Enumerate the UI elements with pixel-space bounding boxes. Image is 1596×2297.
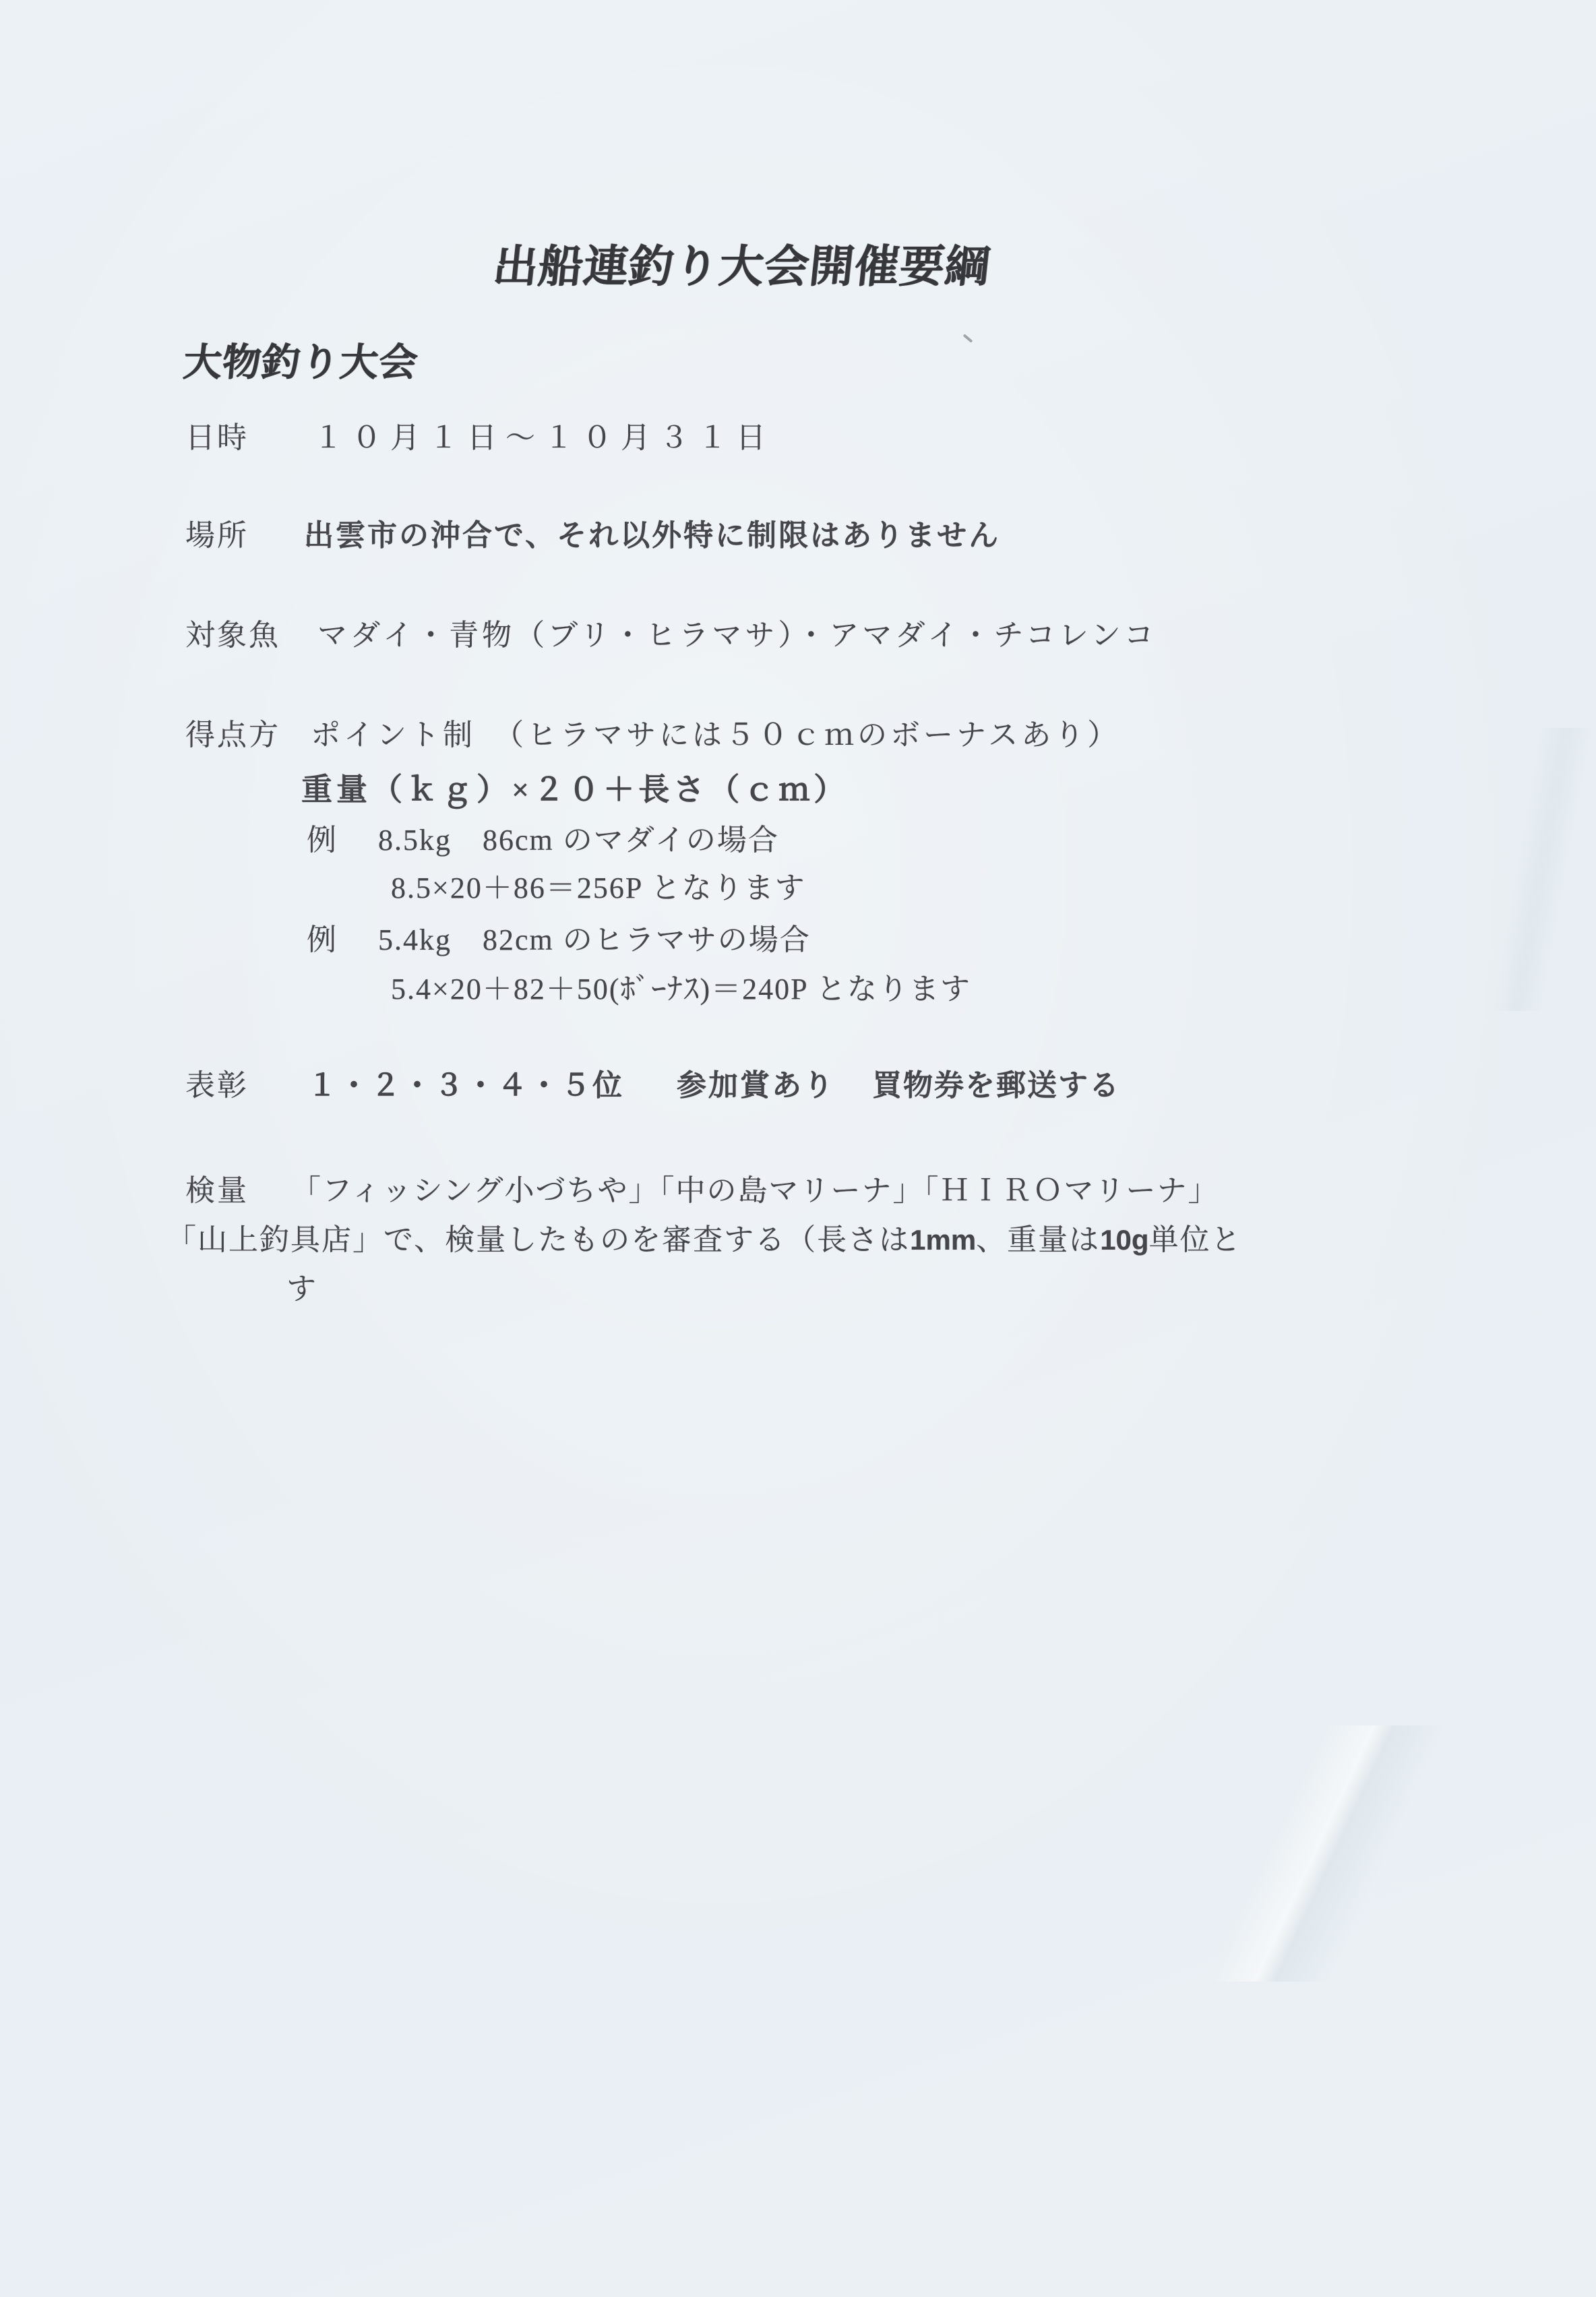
example-2-case: 5.4kg 82cm のヒラマサの場合 [378,923,811,956]
datetime-label: 日時 [185,421,249,454]
awards-prize: 買物券を郵送する [872,1069,1120,1102]
weighing-label: 検量 [185,1174,249,1207]
document-title: 出船連釣り大会開催要綱 [491,241,993,293]
location-label: 場所 [185,519,249,552]
example-1-label: 例 [307,824,338,857]
scanned-document: 出船連釣り大会開催要綱 大物釣り大会 日時１０月１日～１０月３１日 場所出雲市の… [0,0,1596,2297]
row-location: 場所出雲市の沖合で、それ以外特に制限はありません [185,519,1000,553]
scan-speck [963,334,973,342]
weighing-rule-post: 単位と [1149,1223,1242,1256]
location-value: 出雲市の沖合で、それ以外特に制限はありません [304,519,1000,552]
example-1-case: 8.5kg 86cm のマダイの場合 [378,824,779,857]
scoring-example-2: 例5.4kg 82cm のヒラマサの場合 [307,923,811,958]
example-2-label: 例 [307,923,338,956]
weighing-unit-length: 1mm [910,1224,976,1256]
target-fish-label: 対象魚 [185,619,280,652]
paper-crease [1045,1725,1596,1982]
paper-crease [1469,728,1596,1011]
event-title: 大物釣り大会 [181,341,420,386]
target-fish-value: マダイ・青物（ブリ・ヒラマサ）・アマダイ・チコレンコ [317,619,1157,652]
row-scoring: 得点方ポイント制 （ヒラマサには５０ｃｍのボーナスあり） [185,718,1120,753]
scoring-example-1: 例8.5kg 86cm のマダイの場合 [307,824,779,858]
scoring-example-1-calc: 8.5×20＋86＝256P となります [391,871,806,906]
awards-ranks: １・２・３・４・５位 [307,1069,624,1102]
weighing-stations: 「フィッシング小づちや」「中の島マリーナ」「ＨＩＲＯマリーナ」 [291,1174,1219,1207]
row-weighing-rules: 「山上釣具店」で、検量したものを審査する（長さは1mm、重量は10g単位と [166,1223,1242,1258]
awards-label: 表彰 [185,1069,249,1102]
scoring-label: 得点方 [185,718,280,752]
awards-participation: 参加賞あり [677,1069,835,1102]
row-target-fish: 対象魚マダイ・青物（ブリ・ヒラマサ）・アマダイ・チコレンコ [185,619,1157,653]
weighing-rule-mid: 、重量は [976,1223,1100,1256]
weighing-unit-weight: 10g [1100,1224,1148,1256]
row-datetime: 日時１０月１日～１０月３１日 [185,421,774,456]
row-awards: 表彰１・２・３・４・５位参加賞あり買物券を郵送する [185,1069,1120,1103]
weighing-rule-pre: 「山上釣具店」で、検量したものを審査する（長さは [166,1223,910,1256]
row-weighing-stations: 検量「フィッシング小づちや」「中の島マリーナ」「ＨＩＲＯマリーナ」 [185,1174,1219,1208]
scoring-method: ポイント制 （ヒラマサには５０ｃｍのボーナスあり） [311,718,1120,752]
datetime-value: １０月１日～１０月３１日 [313,421,774,454]
scoring-example-2-calc: 5.4×20＋82＋50(ﾎﾞｰﾅｽ)＝240P となります [391,973,971,1007]
row-weighing-continuation: す [286,1273,316,1307]
scoring-formula: 重量（ｋｇ）×２０＋長さ（ｃｍ） [301,772,849,808]
